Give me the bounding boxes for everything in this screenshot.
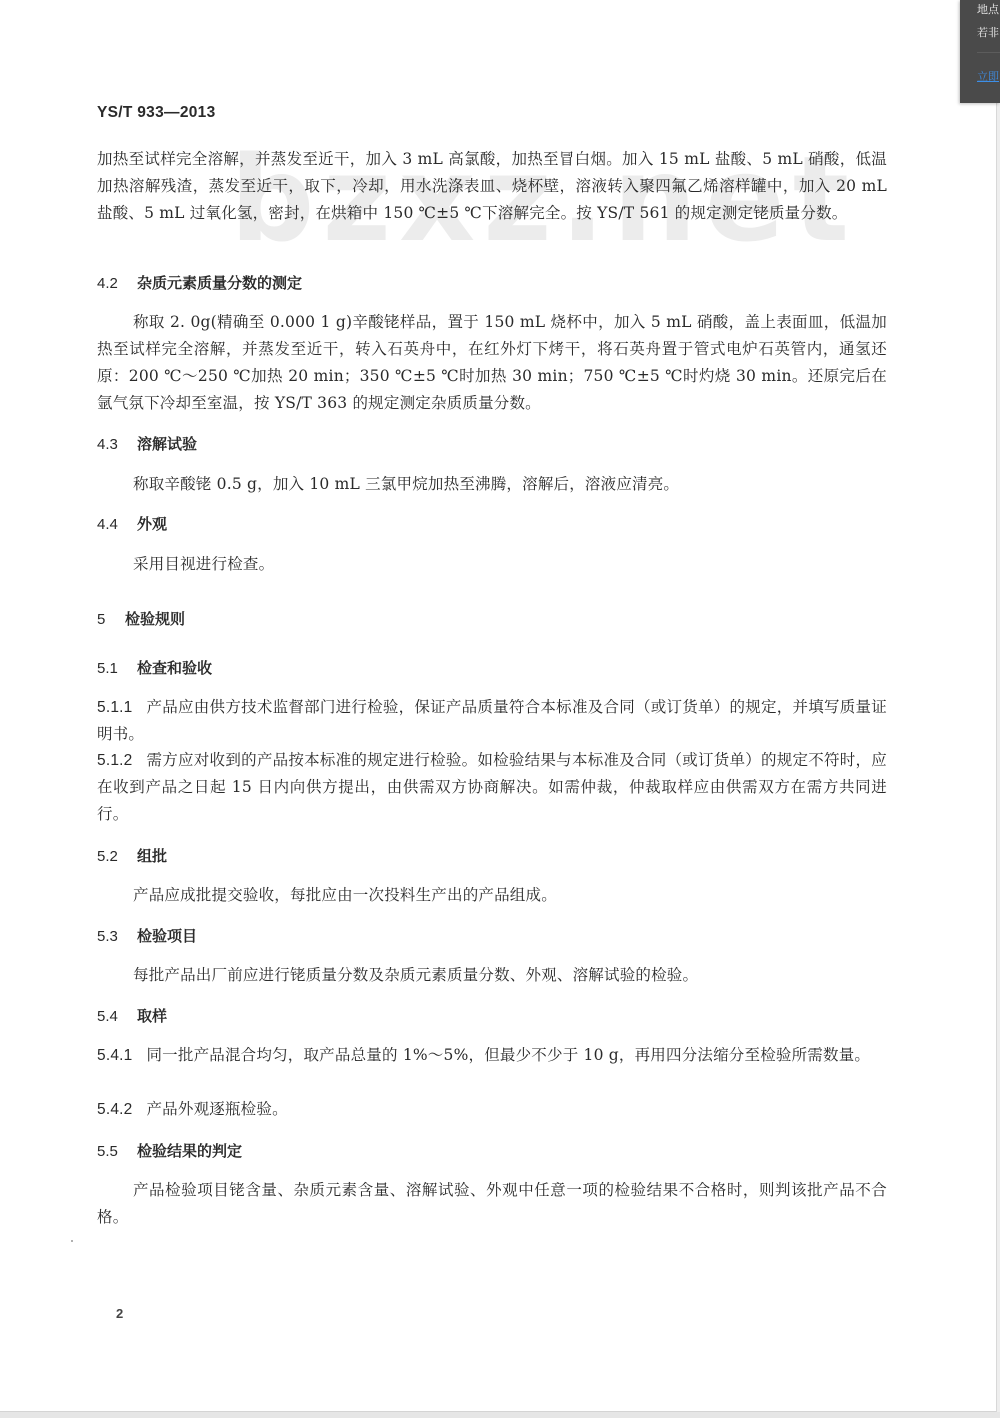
clause-text: 产品应由供方技术监督部门进行检验，保证产品质量符合本标准及合同（或订货单）的规定…	[97, 698, 887, 743]
section-body-5-2: 产品应成批提交验收，每批应由一次投料生产出的产品组成。	[97, 882, 887, 909]
viewer-bottom-edge	[0, 1412, 1000, 1418]
clause-number: 5.4.1	[97, 1047, 132, 1064]
clause-text: 同一批产品混合均匀，取产品总量的 1%～5%，但最少不少于 10 g，再用四分法…	[146, 1046, 870, 1064]
clause-5-1-1: 5.1.1产品应由供方技术监督部门进行检验，保证产品质量符合本标准及合同（或订货…	[97, 694, 887, 748]
section-body-4-3: 称取辛酸铑 0.5 g，加入 10 mL 三氯甲烷加热至沸腾，溶解后，溶液应清亮…	[97, 471, 887, 498]
section-heading-4-3: 4.3溶解试验	[97, 433, 197, 456]
clause-number: 5.1.2	[97, 752, 132, 769]
section-title: 外观	[137, 515, 167, 533]
section-title: 组批	[137, 847, 167, 865]
clause-number: 5.4.2	[97, 1101, 132, 1118]
popup-divider	[977, 52, 1000, 53]
section-body-4-4: 采用目视进行检查。	[97, 551, 887, 578]
clause-text: 需方应对收到的产品按本标准的规定进行检验。如检验结果与本标准及合同（或订货单）的…	[97, 751, 887, 823]
section-heading-5-2: 5.2组批	[97, 845, 167, 868]
section-body-4-2: 称取 2. 0g(精确至 0.000 1 g)辛酸铑样品，置于 150 mL 烧…	[97, 309, 887, 417]
chapter-number: 5	[97, 609, 125, 631]
popup-text-line-1: 地点	[977, 1, 999, 17]
section-number: 4.3	[97, 434, 137, 456]
scan-speck	[71, 1240, 73, 1242]
section-number: 5.4	[97, 1006, 137, 1028]
popup-action-link[interactable]: 立即	[977, 68, 999, 84]
section-heading-4-4: 4.4外观	[97, 513, 167, 536]
popup-text-line-2: 若非	[977, 24, 999, 40]
section-heading-5-5: 5.5检验结果的判定	[97, 1140, 242, 1163]
section-title: 检验项目	[137, 927, 197, 945]
clause-5-4-2: 5.4.2产品外观逐瓶检验。	[97, 1096, 887, 1123]
section-title: 取样	[137, 1007, 167, 1025]
notification-popup[interactable]: 地点 若非 立即	[960, 0, 1000, 103]
section-title: 杂质元素质量分数的测定	[137, 274, 302, 292]
standard-number-header: YS/T 933—2013	[97, 104, 216, 122]
clause-5-1-2: 5.1.2需方应对收到的产品按本标准的规定进行检验。如检验结果与本标准及合同（或…	[97, 747, 887, 828]
document-page: bzxz.net YS/T 933—2013 加热至试样完全溶解，并蒸发至近干，…	[0, 0, 997, 1412]
section-title: 溶解试验	[137, 435, 197, 453]
section-heading-5-4: 5.4取样	[97, 1005, 167, 1028]
section-heading-5-1: 5.1检查和验收	[97, 657, 212, 680]
section-number: 4.2	[97, 273, 137, 295]
section-number: 5.1	[97, 658, 137, 680]
section-title: 检查和验收	[137, 659, 212, 677]
section-heading-5-3: 5.3检验项目	[97, 925, 197, 948]
section-number: 5.5	[97, 1141, 137, 1163]
section-heading-4-2: 4.2杂质元素质量分数的测定	[97, 272, 302, 295]
section-number: 5.3	[97, 926, 137, 948]
continued-paragraph: 加热至试样完全溶解，并蒸发至近干，加入 3 mL 高氯酸，加热至冒白烟。加入 1…	[97, 146, 887, 227]
section-body-5-5: 产品检验项目铑含量、杂质元素含量、溶解试验、外观中任意一项的检验结果不合格时，则…	[97, 1177, 887, 1231]
clause-5-4-1: 5.4.1同一批产品混合均匀，取产品总量的 1%～5%，但最少不少于 10 g，…	[97, 1042, 887, 1069]
clause-text: 产品外观逐瓶检验。	[146, 1100, 287, 1118]
chapter-heading-5: 5检验规则	[97, 608, 185, 631]
clause-number: 5.1.1	[97, 699, 132, 716]
section-number: 4.4	[97, 514, 137, 536]
section-title: 检验结果的判定	[137, 1142, 242, 1160]
page-number: 2	[116, 1306, 123, 1321]
section-body-5-3: 每批产品出厂前应进行铑质量分数及杂质元素质量分数、外观、溶解试验的检验。	[97, 962, 887, 989]
section-number: 5.2	[97, 846, 137, 868]
chapter-title: 检验规则	[125, 610, 185, 628]
